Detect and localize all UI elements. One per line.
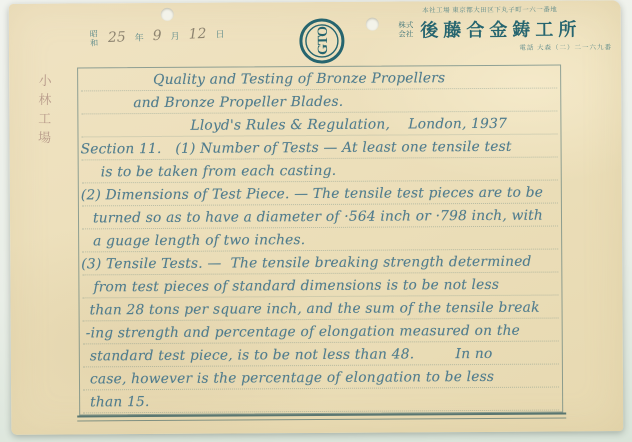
rule-line xyxy=(82,180,558,184)
handwritten-year: 25 xyxy=(108,29,126,46)
rule-line xyxy=(82,272,558,276)
company-prefix: 株式 会社 xyxy=(398,20,413,38)
handwritten-line: from test pieces of standard dimensions … xyxy=(93,277,499,295)
handwritten-line: than 15. xyxy=(90,394,150,410)
handwritten-line: (3) Tensile Tests. — The tensile breakin… xyxy=(81,254,531,273)
company-name: 後藤合金鋳工所 xyxy=(420,15,581,42)
margin-note-vertical: 小林工場 xyxy=(33,74,53,150)
handwritten-line: turned so as to have a diameter of ·564 … xyxy=(93,208,543,227)
company-name-row: 株式 会社 後藤合金鋳工所 xyxy=(354,15,626,43)
handwritten-line: is to be taken from each casting. xyxy=(101,163,337,180)
handwritten-day: 12 xyxy=(188,26,206,43)
rule-line xyxy=(83,318,559,322)
rule-line xyxy=(82,249,558,253)
rule-line xyxy=(83,364,559,368)
company-block: 本社工場 東京都大田区下丸子町一六一番地 株式 会社 後藤合金鋳工所 電話 大森… xyxy=(354,4,626,53)
handwritten-line: (2) Dimensions of Test Piece. — The tens… xyxy=(81,185,543,204)
company-address: 本社工場 東京都大田区下丸子町一六一番地 xyxy=(354,4,626,15)
company-prefix-top: 株式 xyxy=(398,20,413,29)
year-suffix: 年 xyxy=(134,30,144,43)
date-line: 昭和 25 年 9 月 12 日 xyxy=(89,24,225,48)
rule-line xyxy=(82,134,558,138)
handwritten-line: a guage length of two inches. xyxy=(93,232,305,249)
handwritten-line: -ing strength and percentage of elongati… xyxy=(86,323,520,342)
company-prefix-bottom: 会社 xyxy=(398,29,413,38)
rule-line xyxy=(82,157,558,161)
rule-line xyxy=(83,341,559,345)
punch-hole xyxy=(161,8,174,21)
handwritten-line: case, however is the percentage of elong… xyxy=(90,369,494,387)
handwritten-line: Section 11. (1) Number of Tests — At lea… xyxy=(81,139,512,158)
month-suffix: 月 xyxy=(170,29,180,42)
rule-line xyxy=(81,111,557,115)
box-bottom-double-rule xyxy=(77,412,566,421)
company-phone: 電話 大森（二）二一六九番 xyxy=(354,42,626,53)
handwritten-month: 9 xyxy=(152,28,162,44)
handwritten-line: standard test piece, is to be not less t… xyxy=(90,346,493,364)
ruled-content-box: Quality and Testing of Bronze Propellers… xyxy=(77,65,563,416)
rule-line xyxy=(82,203,558,207)
rule-line xyxy=(82,295,558,299)
paper-sheet: 昭和 25 年 9 月 12 日 GTO 本社工場 東京都大田区下丸子町一六一番… xyxy=(9,0,624,435)
rule-line xyxy=(82,226,558,230)
scanned-document: 昭和 25 年 9 月 12 日 GTO 本社工場 東京都大田区下丸子町一六一番… xyxy=(0,0,632,442)
day-suffix: 日 xyxy=(215,27,225,40)
rule-line xyxy=(81,88,557,92)
logo-monogram: GTO xyxy=(316,26,331,55)
handwritten-line: than 28 tons per square inch, and the su… xyxy=(90,300,540,319)
note-reference-line: Lloyd's Rules & Regulation, London, 1937 xyxy=(190,116,507,134)
note-title-line: and Bronze Propeller Blades. xyxy=(133,94,343,111)
company-logo-icon: GTO xyxy=(298,17,346,65)
rule-line xyxy=(83,387,559,391)
era-label: 昭和 xyxy=(89,29,100,48)
note-title-line: Quality and Testing of Bronze Propellers xyxy=(153,70,445,88)
